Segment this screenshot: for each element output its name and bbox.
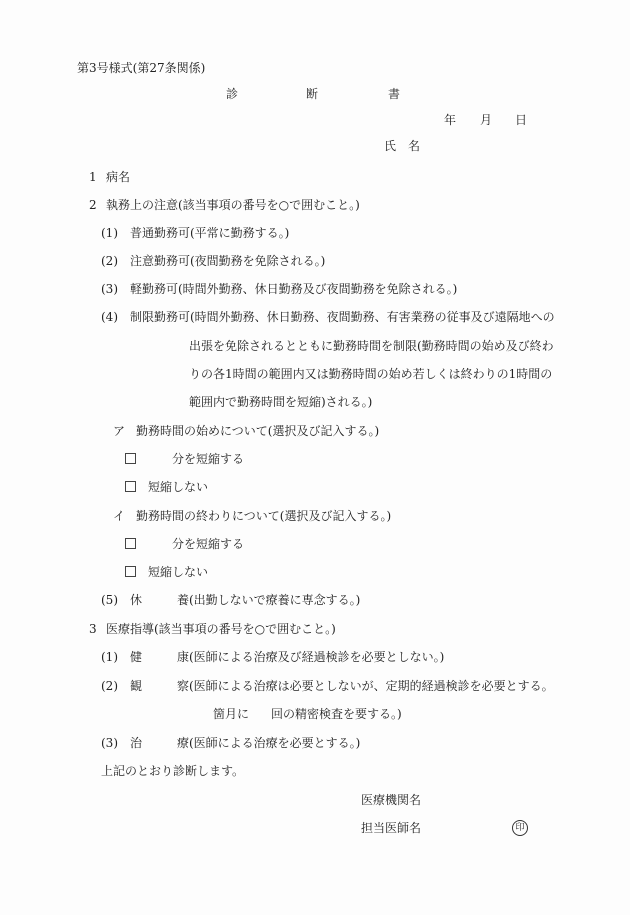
section-2-number: 2 [89, 197, 97, 213]
s3-item-3-label-b: 療(医師による治療を必要とする。) [177, 735, 360, 751]
s3-item-2-continuation-b: 回の精密検査を要する。) [271, 706, 402, 722]
s3-item-1-label-b: 康(医師による治療及び経過検診を必要としない。) [177, 649, 444, 665]
s2-item-4-continuation-2: りの各1時間の範囲内又は勤務時間の始め若しくは終わりの1時間の [189, 366, 552, 382]
title-char-3: 書 [388, 86, 400, 102]
s3-item-3-label-a: 治 [130, 735, 142, 751]
s2-item-2-text: 注意勤務可(夜間勤務を免除される。) [130, 253, 325, 269]
s3-item-2-label-a: 観 [130, 678, 142, 694]
title-char-1: 診 [226, 86, 238, 102]
s2-item-1-text: 普通勤務可(平常に勤務する。) [130, 225, 289, 241]
section-2-label: 執務上の注意(該当事項の番号を○で囲むこと。) [106, 197, 360, 213]
s2-item-3-number: (3) [101, 281, 118, 297]
s2-item-4-continuation-1: 出張を免除されるとともに勤務時間を制限(勤務時間の始め及び終わ [189, 338, 554, 354]
s2-item-5-label-a: 休 [130, 592, 142, 608]
sub-a-shorten-label: 分を短縮する [172, 451, 244, 467]
s2-item-5-label-b: 養(出勤しないで療養に専念する。) [177, 592, 360, 608]
section-1-label: 病名 [106, 169, 130, 185]
s3-item-2-number: (2) [101, 678, 118, 694]
section-3-number: 3 [89, 621, 97, 637]
s2-item-1-number: (1) [101, 225, 118, 241]
section-3-label: 医療指導(該当事項の番号を○で囲むこと。) [106, 621, 336, 637]
sub-i-text: 勤務時間の終わりについて(選択及び記入する。) [136, 508, 391, 524]
sub-a-text: 勤務時間の始めについて(選択及び記入する。) [136, 423, 379, 439]
sub-i-marker: イ [113, 508, 125, 524]
seal-icon: 印 [512, 820, 528, 836]
s3-item-2-continuation-a: 箇月に [213, 706, 249, 722]
s2-item-2-number: (2) [101, 253, 118, 269]
closing-statement: 上記のとおり診断します。 [101, 763, 244, 779]
s3-item-1-label-a: 健 [130, 649, 142, 665]
institution-label: 医療機関名 [361, 792, 421, 808]
form-number: 第3号様式(第27条関係) [77, 60, 205, 76]
date-year-label: 年 [444, 112, 456, 128]
sub-i-no-shorten-label: 短縮しない [148, 564, 208, 580]
sub-a-shorten-checkbox[interactable] [125, 451, 136, 467]
date-day-label: 日 [515, 112, 527, 128]
title-char-2: 断 [306, 86, 318, 102]
s2-item-4-continuation-3: 範囲内で勤務時間を短縮)される。) [189, 394, 372, 410]
sub-i-no-shorten-checkbox[interactable] [125, 564, 136, 580]
sub-i-shorten-checkbox[interactable] [125, 536, 136, 552]
s2-item-3-text: 軽勤務可(時間外勤務、休日勤務及び夜間勤務を免除される。) [130, 281, 457, 297]
sub-i-shorten-label: 分を短縮する [172, 536, 244, 552]
s3-item-3-number: (3) [101, 735, 118, 751]
date-month-label: 月 [480, 112, 492, 128]
s3-item-1-number: (1) [101, 649, 118, 665]
s3-item-2-label-b: 察(医師による治療は必要としないが、定期的経過検診を必要とする。 [177, 678, 554, 694]
section-1-number: 1 [89, 169, 97, 185]
sub-a-no-shorten-checkbox[interactable] [125, 479, 136, 495]
s2-item-4-text: 制限勤務可(時間外勤務、休日勤務、夜間勤務、有害業務の従事及び遠隔地への [130, 309, 555, 325]
sub-a-no-shorten-label: 短縮しない [148, 479, 208, 495]
sub-a-marker: ア [113, 423, 125, 439]
doctor-label: 担当医師名 [361, 820, 421, 836]
s2-item-4-number: (4) [101, 309, 118, 325]
s2-item-5-number: (5) [101, 592, 118, 608]
name-label: 氏 名 [384, 138, 420, 154]
